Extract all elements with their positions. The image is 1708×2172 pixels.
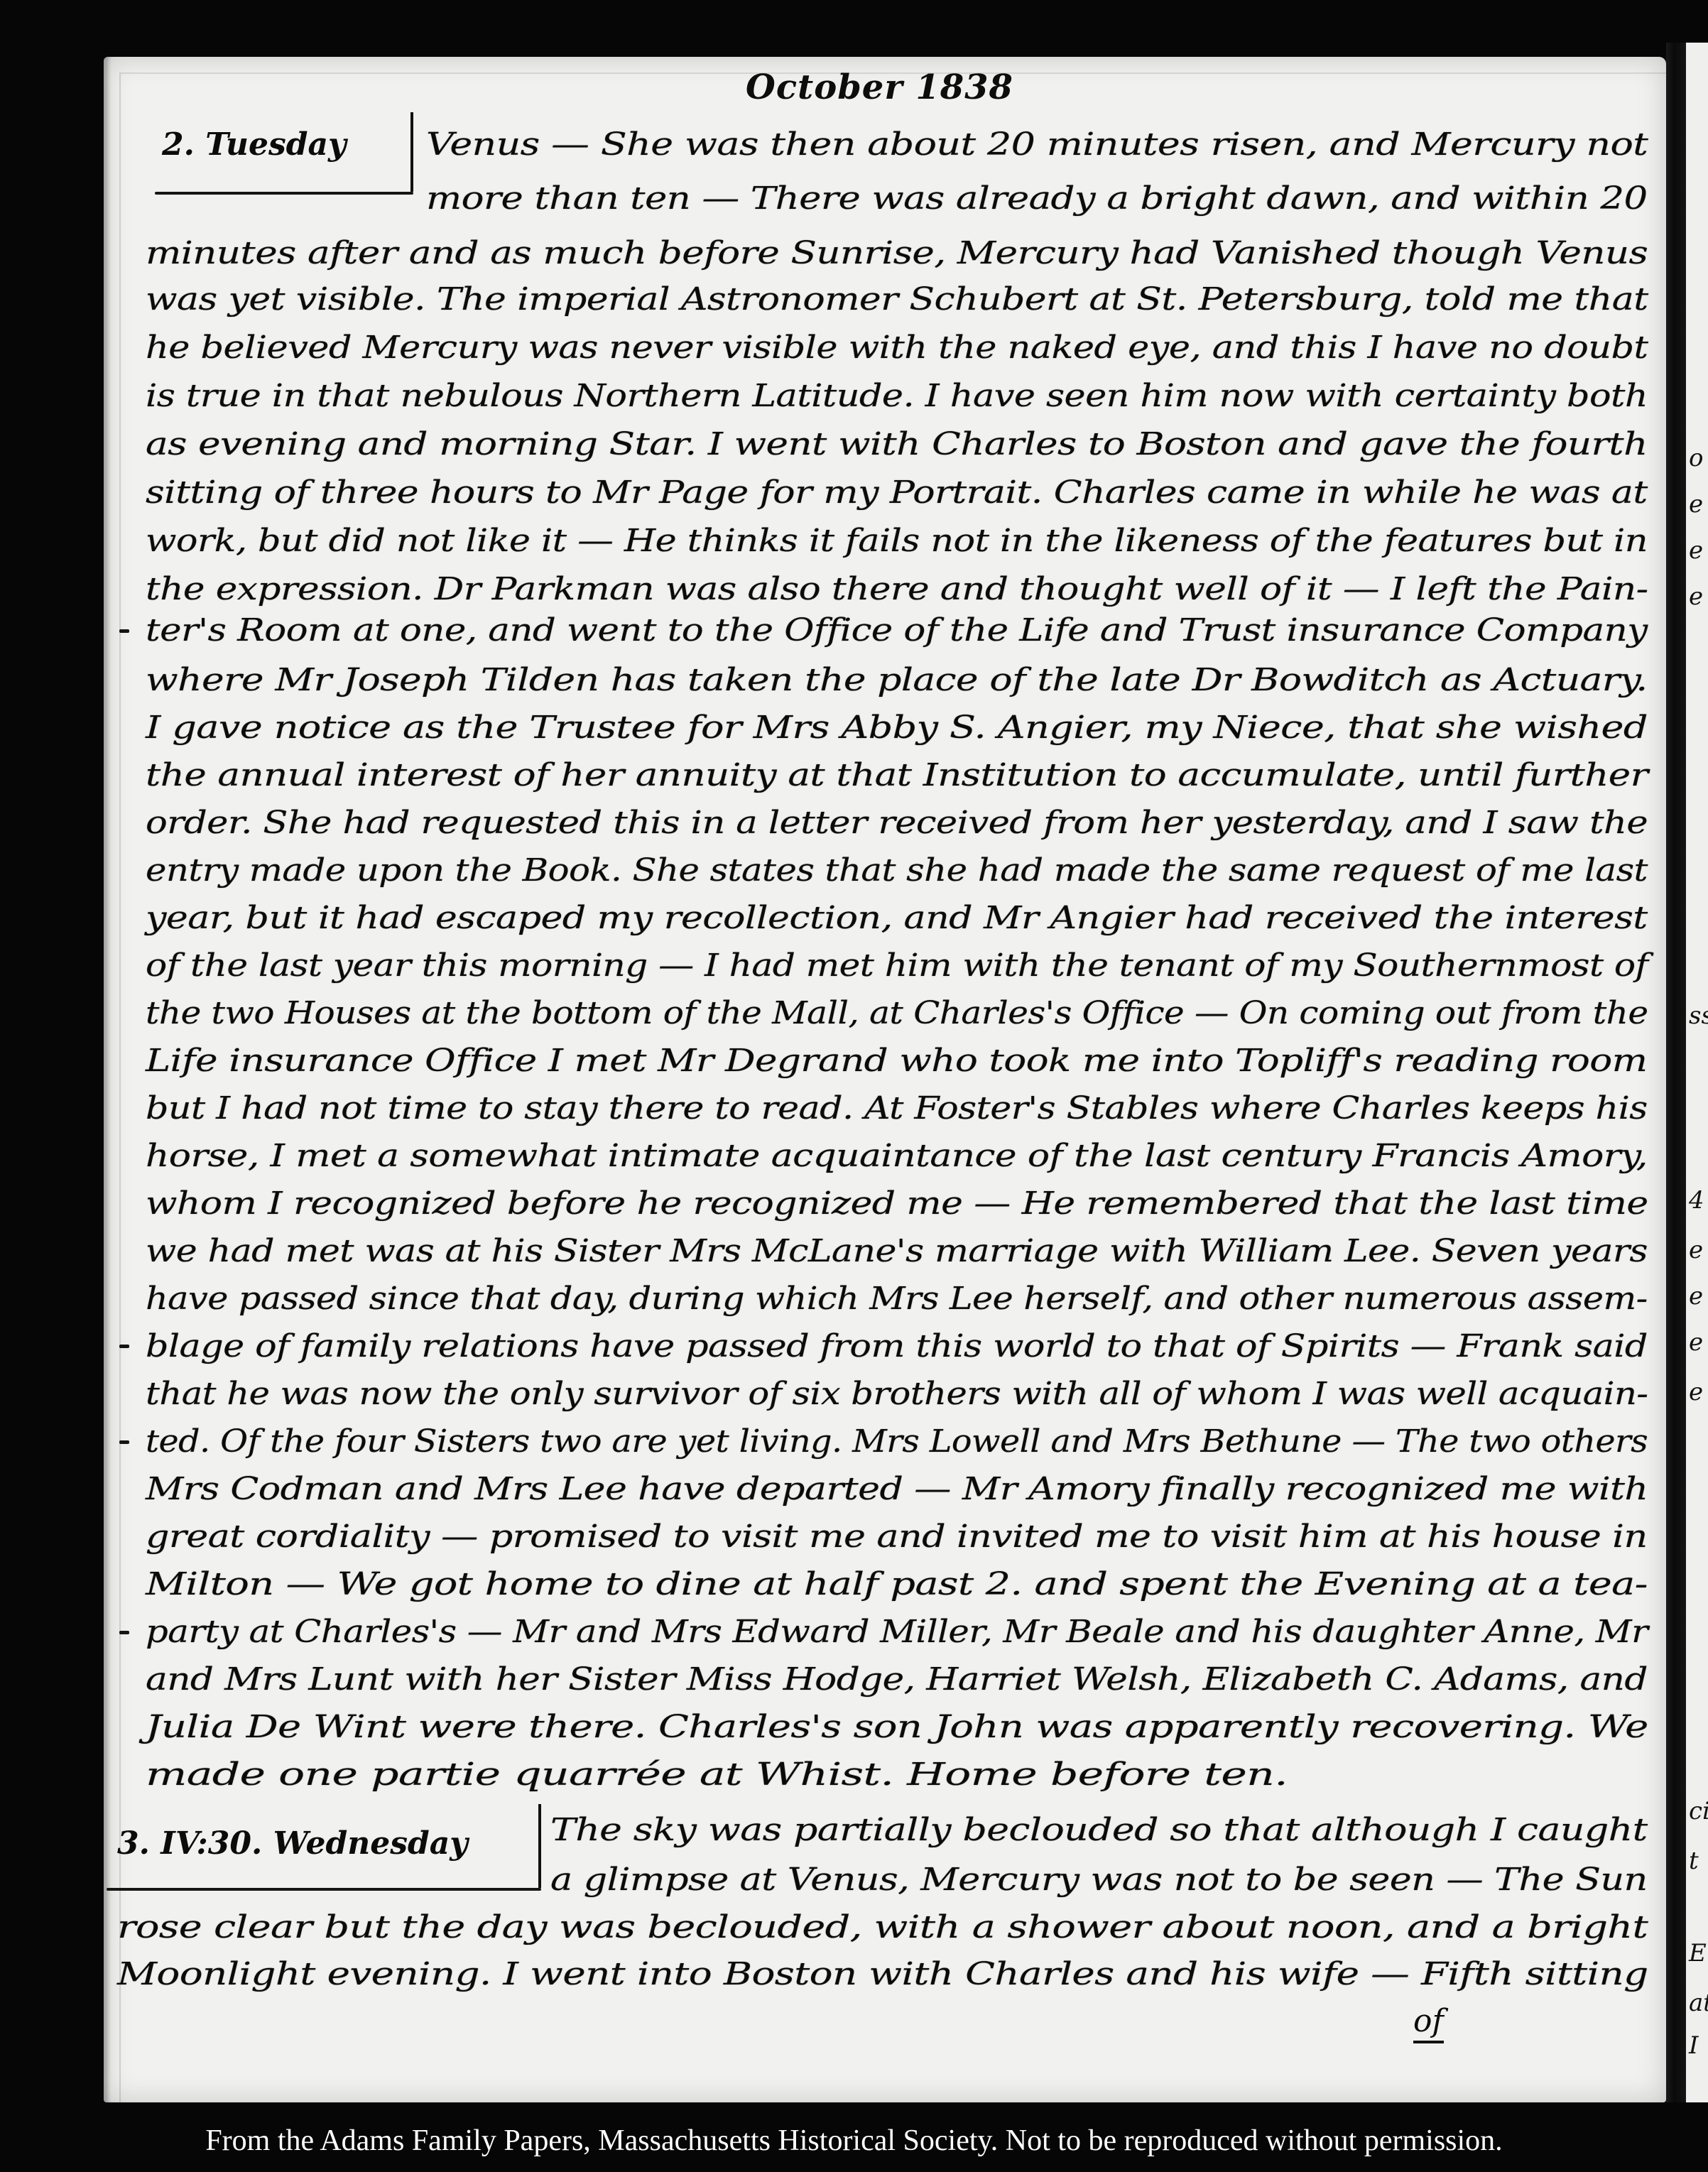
entry-line: made one partie quarrée at Whist. Home b… (146, 1759, 1288, 1791)
manuscript-scan: o e e e ss 4 e e e e ci t E at I October… (0, 0, 1708, 2172)
adjacent-page-fragment: ci (1689, 1797, 1708, 1825)
adjacent-page-fragment: e (1689, 1328, 1703, 1357)
page-heading: October 1838 (746, 67, 1013, 107)
entry-line: of the last year this morning — I had me… (146, 950, 1648, 982)
margin-dash (119, 1631, 129, 1634)
entry-line: year, but it had escaped my recollection… (146, 903, 1648, 934)
entry-line: sitting of three hours to Mr Page for my… (146, 477, 1648, 509)
entry-line: Milton — We got home to dine at half pas… (146, 1569, 1648, 1600)
catchword: of (1413, 2003, 1444, 2043)
entry-line: work, but did not like it — He thinks it… (146, 526, 1648, 557)
adjacent-page-fragment: e (1689, 1236, 1703, 1264)
entry-date-label: 2. Tuesday (162, 126, 347, 163)
entry-line: ted. Of the four Sisters two are yet liv… (146, 1426, 1648, 1457)
entry-line: Life insurance Office I met Mr Degrand w… (146, 1046, 1647, 1077)
entry-line: I gave notice as the Trustee for Mrs Abb… (146, 712, 1648, 744)
entry-line: whom I recognized before he recognized m… (146, 1188, 1648, 1220)
entry-line: was yet visible. The imperial Astronomer… (146, 284, 1648, 315)
entry-line: order. She had requested this in a lette… (146, 808, 1648, 839)
entry-line: Moonlight evening. I went into Boston wi… (117, 1959, 1648, 1990)
adjacent-page-fragment: t (1689, 1847, 1699, 1875)
adjacent-page-fragment: 4 (1689, 1186, 1704, 1215)
adjacent-page-fragment: E (1689, 1939, 1707, 1967)
entry-line: great cordiality — promised to visit me … (146, 1521, 1648, 1553)
entry-line: rose clear but the day was beclouded, wi… (117, 1912, 1648, 1943)
date-underline (155, 192, 413, 195)
entry-line: that he was now the only survivor of six… (146, 1379, 1648, 1410)
entry-line: blage of family relations have passed fr… (146, 1331, 1648, 1362)
entry-line: horse, I met a somewhat intimate acquain… (146, 1141, 1648, 1172)
page-gutter (1666, 43, 1686, 2102)
entry-line: the annual interest of her annuity at th… (146, 760, 1648, 791)
adjacent-page-fragment: e (1689, 536, 1703, 565)
copyright-footer: From the Adams Family Papers, Massachuse… (0, 2124, 1708, 2158)
entry-line: where Mr Joseph Tilden has taken the pla… (146, 665, 1648, 696)
adjacent-page-fragment: ss (1689, 1001, 1708, 1030)
entry-line: ter's Room at one, and went to the Offic… (146, 615, 1648, 646)
entry-line: Mrs Codman and Mrs Lee have departed — M… (146, 1474, 1648, 1505)
date-bracket (410, 112, 413, 192)
entry-date-label: 3. IV:30. Wednesday (117, 1825, 468, 1862)
entry-line: is true in that nebulous Northern Latitu… (146, 381, 1648, 412)
adjacent-page-fragment: e (1689, 1282, 1703, 1310)
adjacent-page-fragment: e (1689, 490, 1703, 518)
entry-line: but I had not time to stay there to read… (146, 1093, 1648, 1124)
entry-line: the expression. Dr Parkman was also ther… (146, 574, 1648, 605)
adjacent-page-fragment: I (1689, 2031, 1698, 2060)
adjacent-page-fragment: e (1689, 1378, 1703, 1406)
entry-line: The sky was partially beclouded so that … (550, 1815, 1648, 1846)
entry-line: party at Charles's — Mr and Mrs Edward M… (146, 1617, 1648, 1648)
entry-line: he believed Mercury was never visible wi… (146, 332, 1648, 364)
entry-line: minutes after and as much before Sunrise… (146, 238, 1648, 269)
entry-line: have passed since that day, during which… (146, 1283, 1648, 1315)
entry-line: Julia De Wint were there. Charles's son … (146, 1712, 1648, 1743)
adjacent-page-fragment: e (1689, 582, 1703, 611)
date-underline (107, 1888, 541, 1891)
date-bracket (538, 1804, 541, 1888)
margin-dash (119, 1440, 129, 1444)
adjacent-page-fragment: at (1689, 1989, 1708, 2017)
entry-line: more than ten — There was already a brig… (426, 183, 1648, 215)
adjacent-page-fragment: o (1689, 444, 1703, 472)
margin-dash (119, 629, 129, 633)
entry-line: a glimpse at Venus, Mercury was not to b… (550, 1864, 1648, 1896)
entry-line: the two Houses at the bottom of the Mall… (146, 998, 1648, 1029)
entry-line: we had met was at his Sister Mrs McLane'… (146, 1236, 1648, 1267)
margin-dash (119, 1345, 129, 1348)
entry-line: Venus — She was then about 20 minutes ri… (426, 129, 1648, 161)
entry-line: and Mrs Lunt with her Sister Miss Hodge,… (146, 1664, 1648, 1695)
entry-line: entry made upon the Book. She states tha… (146, 855, 1648, 886)
adjacent-page-strip: o e e e ss 4 e e e e ci t E at I (1686, 43, 1708, 2102)
entry-line: as evening and morning Star. I went with… (146, 429, 1648, 460)
